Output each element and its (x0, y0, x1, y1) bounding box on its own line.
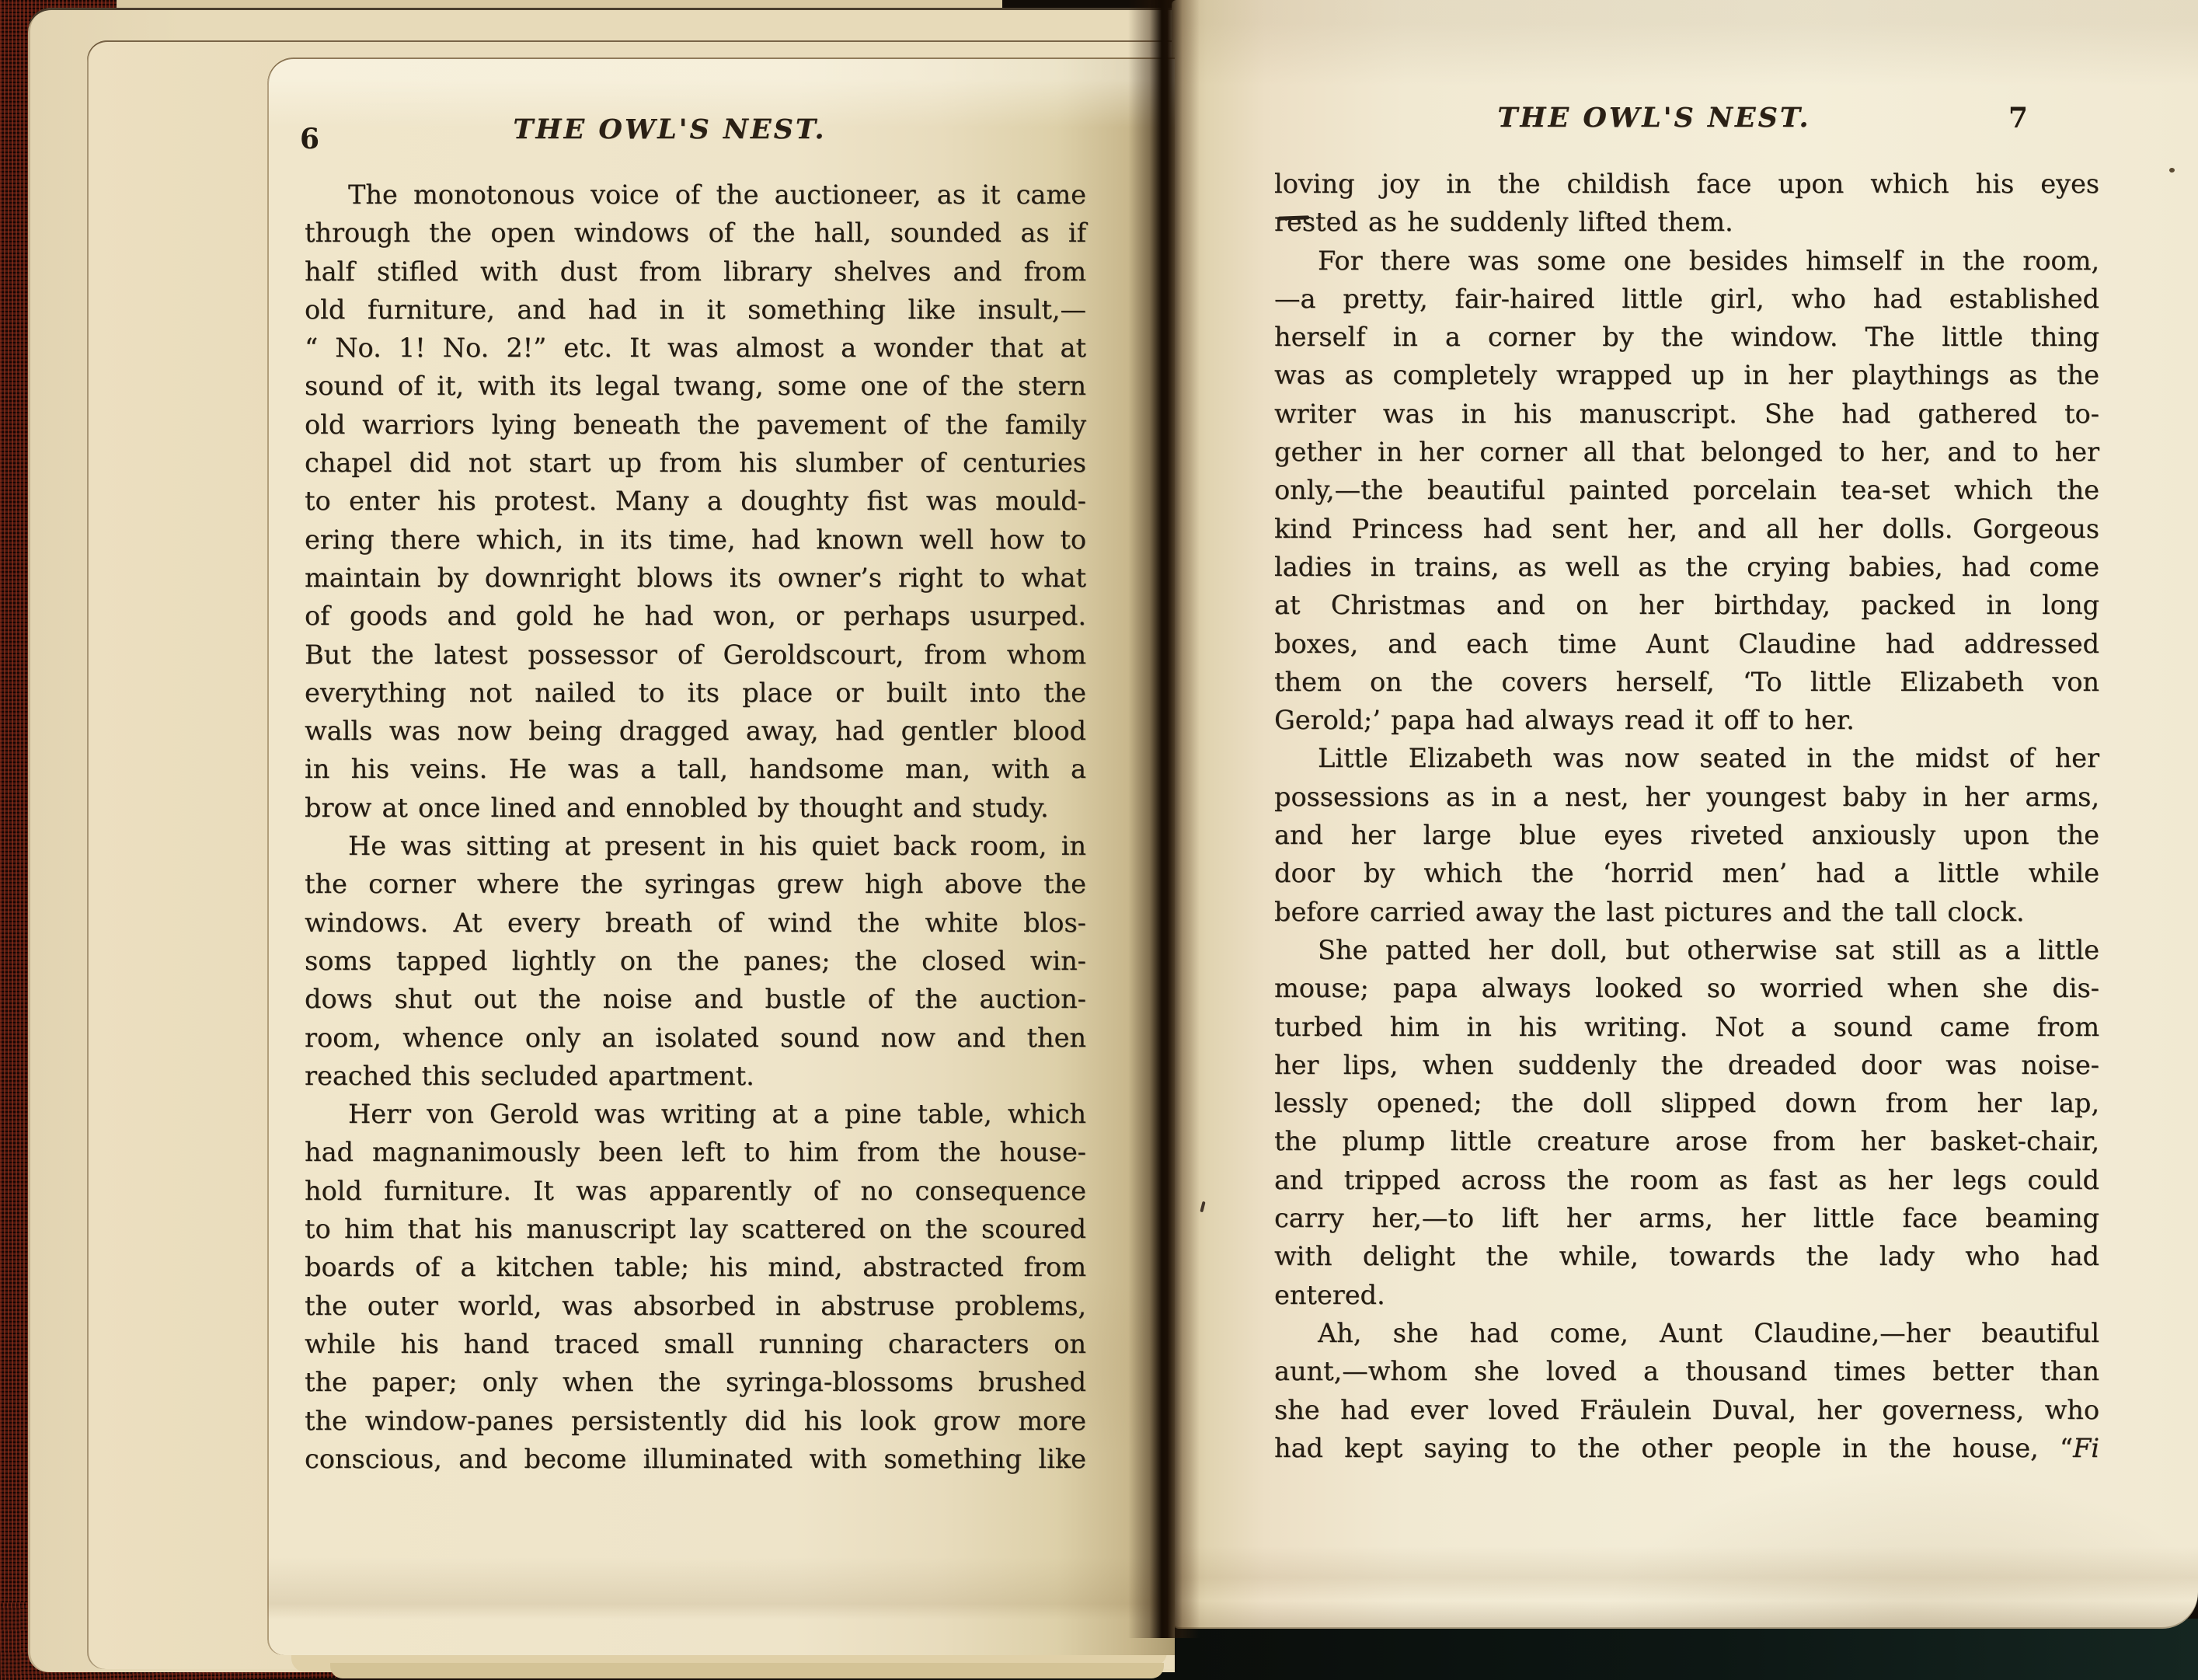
text-line: at Christmas and on her birthday, packed… (1274, 586, 2099, 624)
text-line: ladies in trains, as well as the crying … (1274, 548, 2099, 586)
text-line: with delight the while, towards the lady… (1274, 1237, 2099, 1275)
text-line: of goods and gold he had won, or perhaps… (305, 597, 1086, 635)
open-book-scan: 6 THE OWL'S NEST. THE OWL'S NEST. 7 The … (0, 0, 2198, 1680)
text-line: herself in a corner by the window. The l… (1274, 318, 2099, 356)
text-line: gether in her corner all that belonged t… (1274, 433, 2099, 471)
left-page-text-block: The monotonous voice of the auctioneer, … (305, 176, 1086, 1478)
text-line: had magnanimously been left to him from … (305, 1133, 1086, 1171)
text-line: The monotonous voice of the auctioneer, … (305, 176, 1086, 214)
text-line: mouse; papa always looked so worried whe… (1274, 969, 2099, 1007)
text-line: everything not nailed to its place or bu… (305, 674, 1086, 712)
text-line: old furniture, and had in it something l… (305, 291, 1086, 329)
text-line: Little Elizabeth was now seated in the m… (1274, 739, 2099, 777)
running-head-left: THE OWL'S NEST. (279, 113, 1061, 145)
text-line: in his veins. He was a tall, handsome ma… (305, 750, 1086, 788)
text-line: Ah, she had come, Aunt Claudine,—her bea… (1274, 1314, 2099, 1352)
text-line: chapel did not start up from his slumber… (305, 444, 1086, 482)
text-line: the paper; only when the syringa-blossom… (305, 1363, 1086, 1401)
text-line: and tripped across the room as fast as h… (1274, 1161, 2099, 1199)
text-line: reached this secluded apartment. (305, 1057, 1086, 1095)
text-line: and her large blue eyes riveted anxiousl… (1274, 816, 2099, 854)
text-line: them on the covers herself, ‘To little E… (1274, 663, 2099, 701)
text-line: she had ever loved Fräulein Duval, her g… (1274, 1391, 2099, 1429)
text-line: dows shut out the noise and bustle of th… (305, 980, 1086, 1018)
text-line: old warriors lying beneath the pavement … (305, 406, 1086, 444)
page-edge-sliver (330, 1663, 1164, 1678)
text-line: But the latest possessor of Geroldscourt… (305, 636, 1086, 674)
paper-fleck (2169, 168, 2175, 173)
text-line: to enter his protest. Many a doughty fis… (305, 482, 1086, 520)
text-line: the plump little creature arose from her… (1274, 1122, 2099, 1160)
text-line: the corner where the syringas grew high … (305, 865, 1086, 903)
text-line: maintain by downright blows its owner’s … (305, 559, 1086, 597)
text-line: ering there which, in its time, had know… (305, 521, 1086, 559)
text-line: her lips, when suddenly the dreaded door… (1274, 1046, 2099, 1084)
text-line: half stifled with dust from library shel… (305, 253, 1086, 291)
text-line: through the open windows of the hall, so… (305, 214, 1086, 252)
page-number-right: 7 (1203, 102, 2028, 134)
book-gutter-fold (1128, 0, 1200, 1638)
text-line: door by which the ‘horrid men’ had a lit… (1274, 854, 2099, 892)
text-line: boards of a kitchen table; his mind, abs… (305, 1248, 1086, 1286)
text-line: only,—the beautiful painted porcelain te… (1274, 471, 2099, 509)
text-line: rested as he suddenly lifted them. (1274, 203, 2099, 241)
text-line: lessly opened; the doll slipped down fro… (1274, 1084, 2099, 1122)
text-line: the window-panes persistently did his lo… (305, 1402, 1086, 1440)
text-line: —a pretty, fair-haired little girl, who … (1274, 280, 2099, 318)
text-line: She patted her doll, but otherwise sat s… (1274, 931, 2099, 969)
text-line: windows. At every breath of wind the whi… (305, 904, 1086, 942)
text-line: carry her,—to lift her arms, her little … (1274, 1199, 2099, 1237)
right-page-text-block: loving joy in the childish face upon whi… (1274, 165, 2099, 1467)
text-line: before carried away the last pictures an… (1274, 893, 2099, 931)
text-line: to him that his manuscript lay scattered… (305, 1210, 1086, 1248)
text-line: soms tapped lightly on the panes; the cl… (305, 942, 1086, 980)
text-line: Herr von Gerold was writing at a pine ta… (305, 1095, 1086, 1133)
text-line: possessions as in a nest, her youngest b… (1274, 778, 2099, 816)
text-line: while his hand traced small running char… (305, 1325, 1086, 1363)
text-line: sound of it, with its legal twang, some … (305, 367, 1086, 405)
text-line: hold furniture. It was apparently of no … (305, 1172, 1086, 1210)
text-line: walls was now being dragged away, had ge… (305, 712, 1086, 750)
text-line: the outer world, was absorbed in abstrus… (305, 1287, 1086, 1325)
text-line: had kept saying to the other people in t… (1274, 1429, 2099, 1467)
text-line: room, whence only an isolated sound now … (305, 1019, 1086, 1057)
text-line: boxes, and each time Aunt Claudine had a… (1274, 625, 2099, 663)
text-line: kind Princess had sent her, and all her … (1274, 510, 2099, 548)
text-line: “ No. 1! No. 2!” etc. It was almost a wo… (305, 329, 1086, 367)
text-line: was as completely wrapped up in her play… (1274, 356, 2099, 394)
text-line: aunt,—whom she loved a thousand times be… (1274, 1352, 2099, 1390)
text-line: conscious, and become illuminated with s… (305, 1440, 1086, 1478)
text-line: For there was some one besides himself i… (1274, 242, 2099, 280)
text-line: turbed him in his writing. Not a sound c… (1274, 1008, 2099, 1046)
text-line: Gerold;’ papa had always read it off to … (1274, 701, 2099, 739)
text-line: writer was in his manuscript. She had ga… (1274, 395, 2099, 433)
text-line: entered. (1274, 1276, 2099, 1314)
text-line: He was sitting at present in his quiet b… (305, 827, 1086, 865)
text-line: brow at once lined and ennobled by thoug… (305, 789, 1086, 827)
text-line: loving joy in the childish face upon whi… (1274, 165, 2099, 203)
